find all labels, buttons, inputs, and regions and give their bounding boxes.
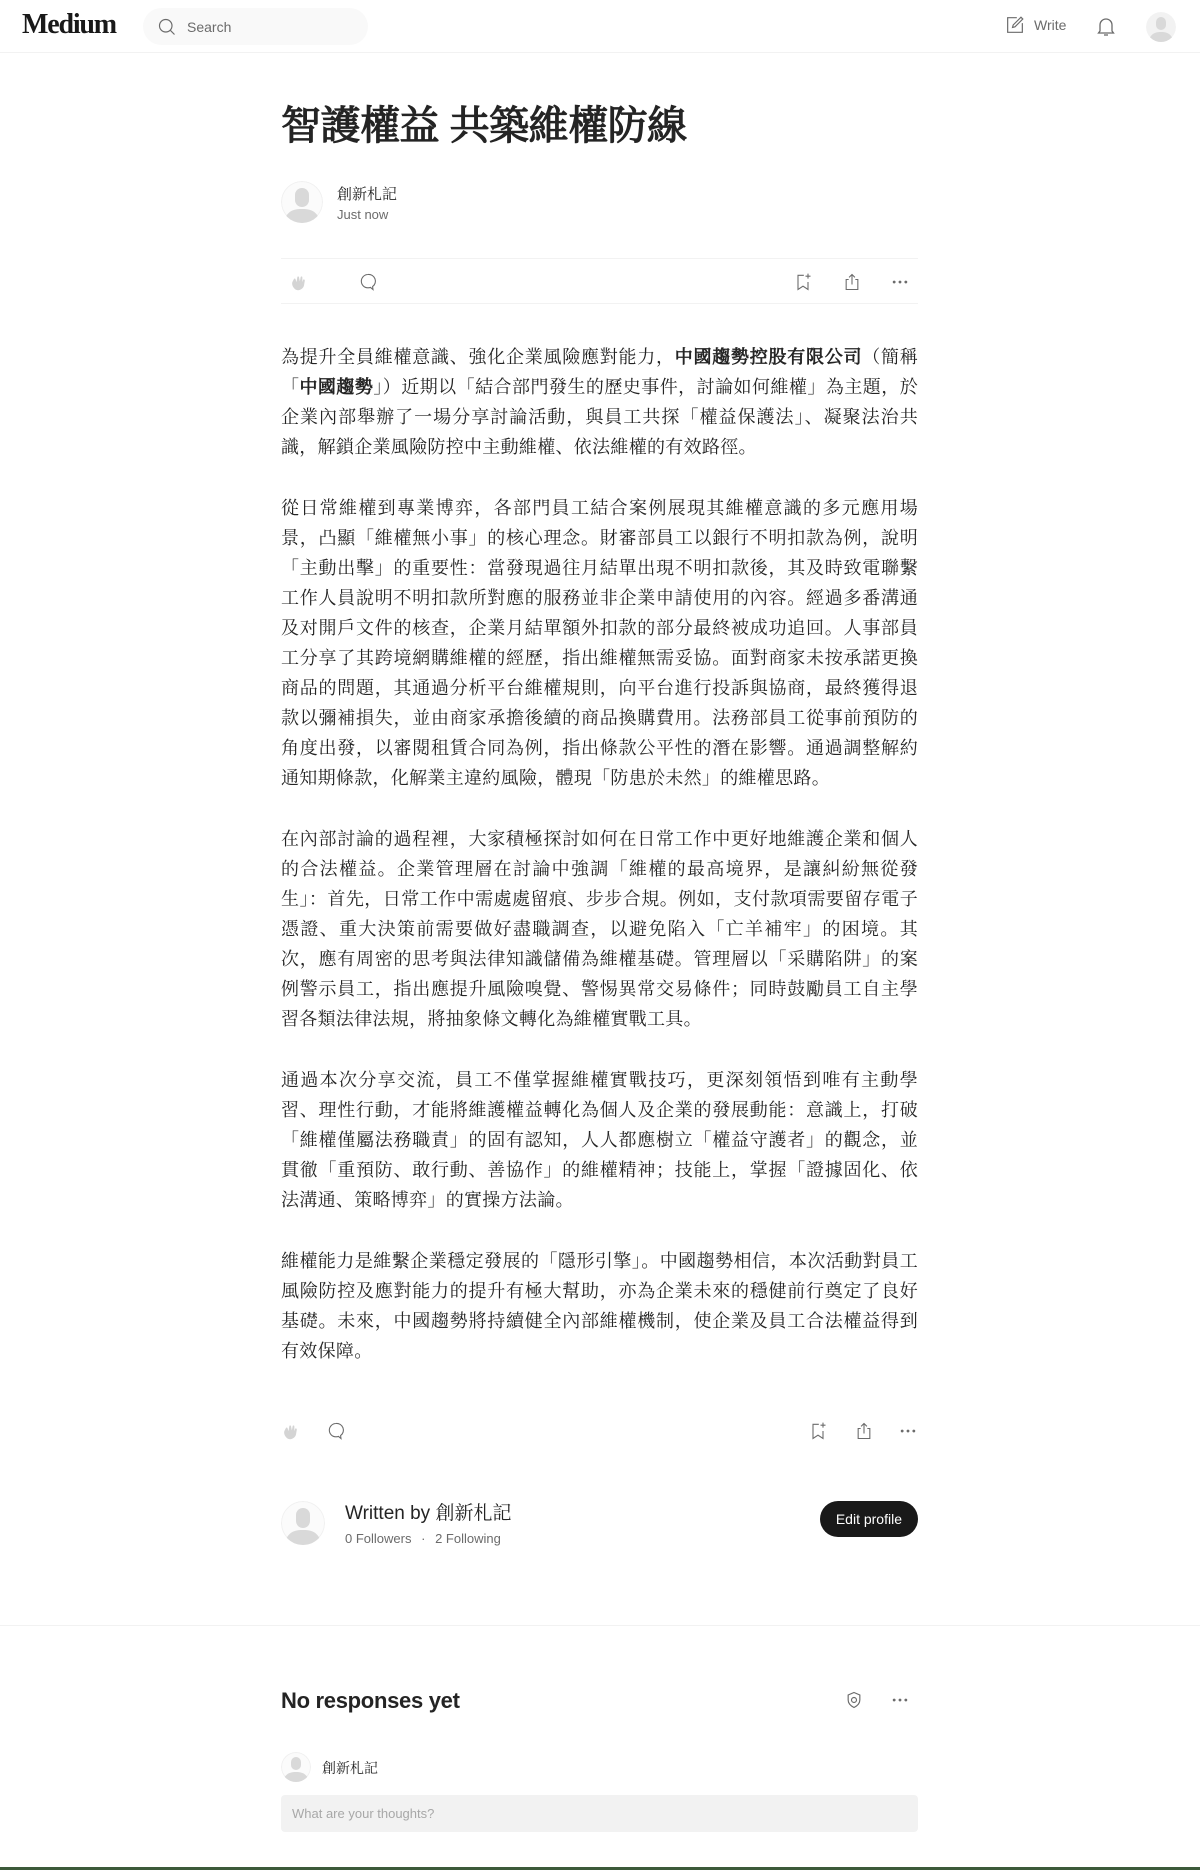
article-title: 智護權益 共築維權防線 — [281, 100, 918, 152]
following-link[interactable]: 2 Following — [435, 1531, 501, 1546]
write-icon — [1004, 14, 1026, 36]
paragraph-3: 在內部討論的過程裡，大家積極探討如何在日常工作中更好地維護企業和個人的合法權益。… — [281, 825, 918, 1035]
medium-logo[interactable]: Medium — [22, 9, 116, 41]
search-box[interactable] — [143, 8, 368, 45]
clap-icon[interactable] — [289, 273, 309, 293]
author-name[interactable]: 創新札記 — [337, 183, 397, 204]
reply-box[interactable] — [281, 1795, 918, 1832]
section-divider — [0, 1625, 1200, 1626]
share-icon[interactable] — [854, 1421, 874, 1441]
byline: 創新札記 Just now — [281, 181, 918, 223]
shield-icon[interactable] — [844, 1690, 864, 1710]
bookmark-add-icon[interactable] — [808, 1421, 828, 1441]
paragraph-1: 為提升全員維權意識、強化企業風險應對能力，中國趨勢控股有限公司（簡稱「中國趨勢」… — [281, 343, 918, 463]
commenter-avatar — [281, 1752, 311, 1782]
bookmark-add-icon[interactable] — [793, 272, 813, 292]
avatar-placeholder-icon — [1146, 12, 1176, 42]
author-card: Written by 創新札記 0 Followers · 2 Followin… — [281, 1498, 918, 1548]
paragraph-4: 通過本次分享交流，員工不僅掌握維權實戰技巧，更深刻領悟到唯有主動學習、理性行動，… — [281, 1066, 918, 1216]
notifications-bell-icon[interactable] — [1094, 14, 1118, 38]
article-body: 為提升全員維權意識、強化企業風險應對能力，中國趨勢控股有限公司（簡稱「中國趨勢」… — [281, 343, 918, 1398]
paragraph-2: 從日常維權到專業博弈，各部門員工結合案例展現其維權意識的多元應用場景，凸顯「維權… — [281, 494, 918, 794]
more-icon[interactable] — [898, 1421, 918, 1441]
paragraph-5: 維權能力是維繫企業穩定發展的「隱形引擎」。中國趨勢相信，本次活動對員工風險防控及… — [281, 1247, 918, 1367]
more-icon[interactable] — [890, 1690, 910, 1710]
avatar-placeholder-icon — [281, 1501, 325, 1545]
share-icon[interactable] — [842, 272, 862, 292]
write-button[interactable]: Write — [1004, 14, 1066, 36]
article-action-bar — [281, 258, 918, 304]
comment-icon[interactable] — [326, 1421, 346, 1441]
company-short-name-bold: 中國趨勢 — [299, 377, 373, 398]
bottom-action-bar — [281, 1408, 918, 1454]
write-label: Write — [1034, 17, 1066, 33]
responses-header: No responses yet — [281, 1688, 918, 1718]
comment-icon[interactable] — [358, 272, 378, 292]
commenter: 創新札記 — [281, 1752, 918, 1782]
response-input[interactable] — [281, 1795, 918, 1832]
followers-link[interactable]: 0 Followers — [345, 1531, 411, 1546]
paragraph-text: 為提升全員維權意識、強化企業風險應對能力， — [281, 347, 675, 368]
paragraph-text: 」）近期以「結合部門發生的歷史事件，討論如何維權」為主題，於企業內部舉辦了一場分… — [281, 377, 918, 458]
written-by-heading[interactable]: Written by 創新札記 — [345, 1498, 511, 1525]
commenter-name: 創新札記 — [322, 1758, 378, 1778]
top-nav: Medium Write — [0, 0, 1200, 53]
clap-icon[interactable] — [281, 1422, 301, 1442]
more-icon[interactable] — [890, 272, 910, 292]
responses-heading: No responses yet — [281, 1688, 918, 1714]
user-avatar[interactable] — [1146, 12, 1176, 42]
avatar-placeholder-icon — [281, 1752, 311, 1782]
stats-separator: · — [421, 1531, 425, 1546]
author-avatar[interactable] — [281, 181, 323, 223]
edit-profile-button[interactable]: Edit profile — [820, 1501, 918, 1537]
avatar-placeholder-icon — [281, 181, 323, 223]
search-input[interactable] — [187, 8, 357, 45]
publish-time: Just now — [337, 207, 388, 222]
follow-stats: 0 Followers · 2 Following — [345, 1531, 501, 1546]
search-icon — [157, 17, 177, 37]
author-avatar[interactable] — [281, 1501, 325, 1545]
company-name-bold: 中國趨勢控股有限公司 — [675, 347, 862, 368]
